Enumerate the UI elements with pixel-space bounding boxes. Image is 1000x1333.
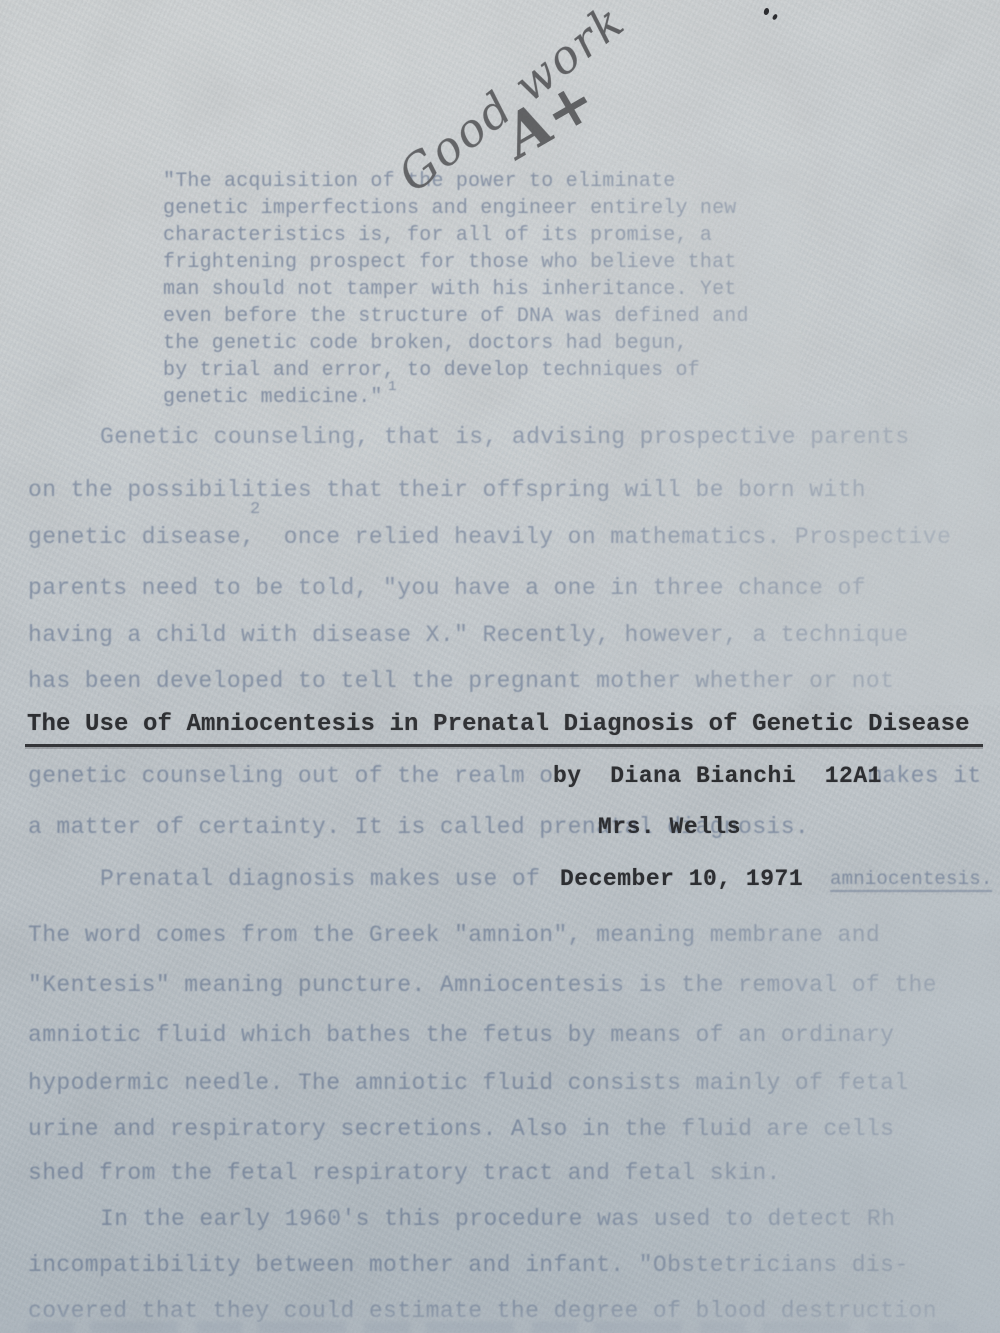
- footnote-marker-1: 1: [388, 379, 397, 395]
- body-line: In the early 1960's this procedure was u…: [100, 1206, 895, 1232]
- quote-line: man should not tamper with his inheritan…: [163, 278, 737, 301]
- body-line: The word comes from the Greek "amnion", …: [28, 922, 880, 948]
- paragraph-line: has been developed to tell the pregnant …: [28, 668, 894, 694]
- quote-line: by trial and error, to develop technique…: [163, 359, 700, 382]
- paragraph-line: Genetic counseling, that is, advising pr…: [100, 424, 910, 450]
- bleed-line-fragment: makes it: [868, 763, 982, 789]
- quote-line: even before the structure of DNA was def…: [163, 305, 749, 328]
- quote-line: genetic imperfections and engineer entir…: [163, 197, 737, 220]
- quote-line: frightening prospect for those who belie…: [163, 251, 737, 274]
- fade-wash: [560, 405, 1000, 705]
- body-line: amniotic fluid which bathes the fetus by…: [28, 1022, 894, 1048]
- paragraph-line: on the possibilities that their offsprin…: [28, 477, 866, 503]
- quote-line: characteristics is, for all of its promi…: [163, 224, 712, 247]
- byline-author: by Diana Bianchi 12A1: [553, 763, 882, 789]
- scanned-page: "The acquisition of the power to elimina…: [0, 0, 1000, 1333]
- ink-speck: [772, 13, 779, 20]
- bleed-word-amniocentesis: amniocentesis.: [830, 868, 992, 892]
- paragraph-line: parents need to be told, "you have a one…: [28, 575, 866, 601]
- body-line: "Kentesis" meaning puncture. Amniocentes…: [28, 972, 937, 998]
- footnote-marker-2: 2: [250, 500, 261, 519]
- essay-title: The Use of Amniocentesis in Prenatal Dia…: [27, 711, 970, 738]
- illegible-partial-line: [28, 1322, 958, 1333]
- paragraph-line: having a child with disease X." Recently…: [28, 622, 909, 648]
- body-line: urine and respiratory secretions. Also i…: [28, 1116, 894, 1142]
- body-line: shed from the fetal respiratory tract an…: [28, 1160, 781, 1186]
- bleed-line: Prenatal diagnosis makes use of: [100, 866, 540, 892]
- quote-line: genetic medicine.": [163, 386, 383, 409]
- bleed-line: genetic counseling out of the realm o: [28, 763, 553, 789]
- byline-date: December 10, 1971: [560, 866, 803, 892]
- ink-speck: [763, 7, 770, 15]
- body-line: covered that they could estimate the deg…: [28, 1298, 937, 1324]
- body-line: incompatibility between mother and infan…: [28, 1252, 909, 1278]
- title-underline: [25, 744, 983, 747]
- byline-teacher: Mrs. Wells: [598, 814, 741, 840]
- paragraph-line: genetic disease, once relied heavily on …: [28, 524, 951, 550]
- body-line: hypodermic needle. The amniotic fluid co…: [28, 1070, 909, 1096]
- quote-line: the genetic code broken, doctors had beg…: [163, 332, 688, 355]
